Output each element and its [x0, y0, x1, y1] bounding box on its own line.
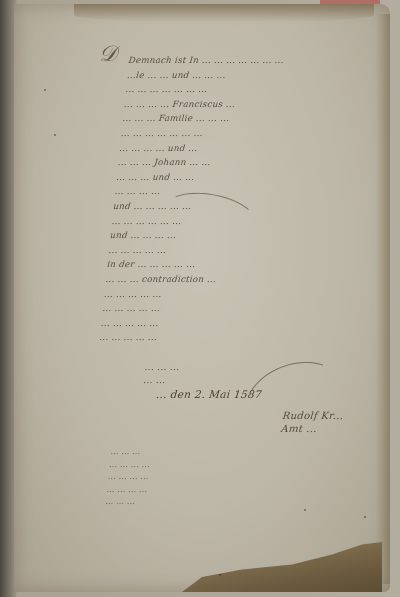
- text-line: ... ... ... und ... ...: [116, 171, 273, 186]
- ink-spot: [44, 89, 46, 91]
- manuscript-page: 𝒟 Demnach ist In ... ... ... ... ... ...…: [14, 4, 390, 592]
- text-line: ... ... ... ... ...: [108, 244, 265, 259]
- text-line: Demnach ist In ... ... ... ... ... ... .…: [128, 54, 285, 69]
- note-line: ... ... ...: [110, 446, 152, 459]
- signature-line: Rudolf Kr...: [282, 410, 344, 423]
- torn-corner-damage: [182, 542, 382, 592]
- text-line: ... ... ... ... ...: [103, 288, 260, 303]
- text-line: ... ... ... ... Franciscus ...: [123, 98, 280, 113]
- ink-spot: [364, 516, 366, 518]
- text-line: ... ... ... ... und ...: [119, 142, 276, 157]
- text-line: ... ... ... ... ...: [102, 302, 259, 317]
- note-line: ... ... ... ...: [109, 459, 151, 472]
- water-stain: [74, 4, 374, 22]
- initial-flourish: 𝒟: [99, 42, 117, 67]
- ink-spot: [54, 134, 56, 136]
- text-line: ... ... ... ... ... ... ...: [125, 83, 282, 98]
- closing-block: ... ... ... ... ...: [143, 362, 181, 388]
- signature-block: Rudolf Kr... Amt ...: [281, 410, 344, 436]
- text-line: ... ... ... ... ... ... ...: [120, 127, 277, 142]
- ink-spot: [304, 509, 306, 511]
- text-line: ... ... ... contradiction ...: [105, 273, 262, 288]
- closing-line: ... ...: [143, 375, 179, 388]
- note-line: ... ... ... ...: [106, 484, 148, 497]
- page-edge-shadow: [376, 14, 390, 584]
- text-line: ... ... ... Johann ... ...: [117, 156, 274, 171]
- text-line: ... ... ... ... ...: [100, 317, 257, 332]
- text-line: ...le ... ... und ... ... ...: [126, 69, 283, 84]
- marginal-note: ... ... ... ... ... ... ... ... ... ... …: [105, 446, 152, 509]
- note-line: ... ... ... ...: [107, 471, 149, 484]
- closing-line: ... ... ...: [144, 362, 180, 375]
- note-line: ... ... ...: [105, 496, 147, 509]
- text-line: ... ... ... Familie ... ... ...: [122, 112, 279, 127]
- text-line: in der ... ... ... ... ...: [106, 258, 263, 273]
- signature-line: Amt ...: [281, 423, 343, 436]
- ink-spot: [219, 574, 221, 576]
- text-line: ... ... ... ... ...: [99, 331, 256, 346]
